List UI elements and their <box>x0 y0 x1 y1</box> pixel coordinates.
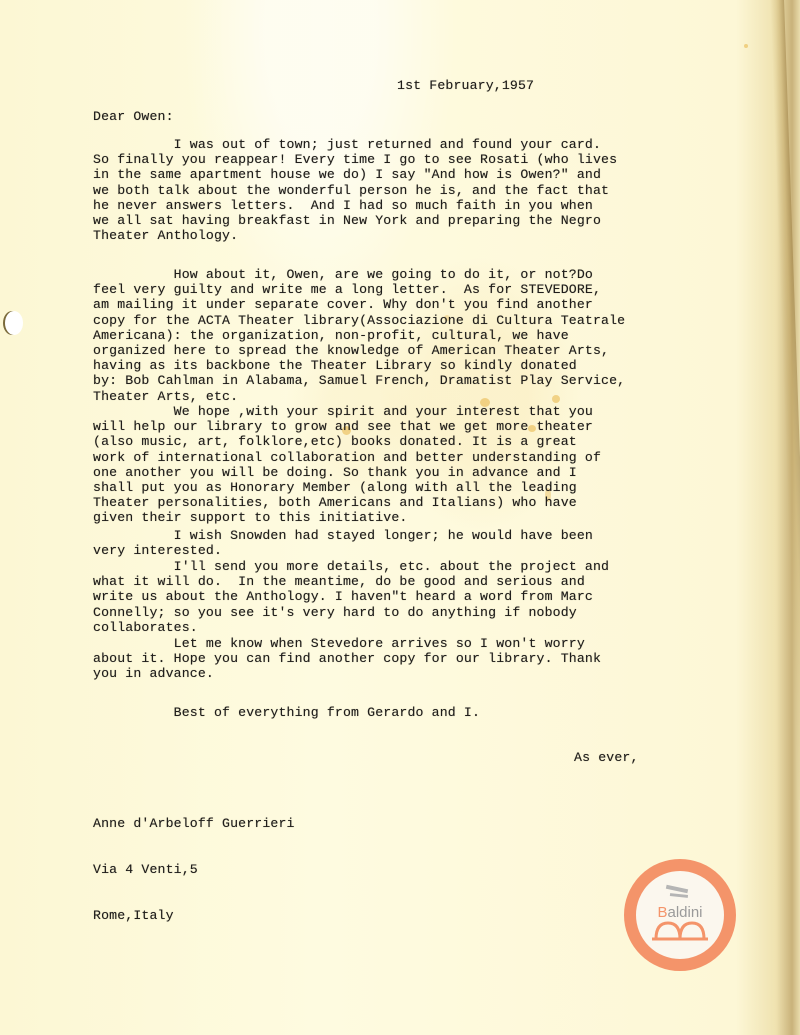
punch-hole <box>5 311 23 335</box>
logo-text: Baldini <box>657 904 702 921</box>
letter-date: 1st February,1957 <box>397 78 534 93</box>
library-books-logo-icon: Baldini <box>622 857 738 973</box>
paragraph-4: I wish Snowden had stayed longer; he wou… <box>93 528 593 558</box>
paragraph-1: I was out of town; just returned and fou… <box>93 137 617 243</box>
paragraph-2: How about it, Owen, are we going to do i… <box>93 267 625 404</box>
baldini-library-logo: Baldini <box>622 857 738 973</box>
paragraph-3: We hope ,with your spirit and your inter… <box>93 404 601 526</box>
salutation: Dear Owen: <box>93 109 174 124</box>
paragraph-7: Best of everything from Gerardo and I. <box>93 705 480 720</box>
signature-street: Via 4 Venti,5 <box>93 862 295 877</box>
closing: As ever, <box>574 750 639 765</box>
signature-block: Anne d'Arbeloff Guerrieri Via 4 Venti,5 … <box>93 786 295 938</box>
paragraph-5: I'll send you more details, etc. about t… <box>93 559 609 635</box>
stain <box>744 44 748 48</box>
paragraph-6: Let me know when Stevedore arrives so I … <box>93 636 601 682</box>
signature-name: Anne d'Arbeloff Guerrieri <box>93 816 295 831</box>
signature-city: Rome,Italy <box>93 908 295 923</box>
